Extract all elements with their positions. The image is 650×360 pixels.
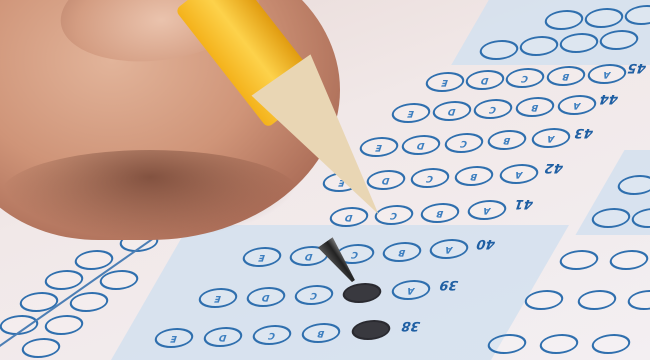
answer-bubble[interactable]: D [430,101,474,121]
answer-bubble[interactable]: B [485,130,529,150]
answer-bubble[interactable]: C [503,68,547,88]
answer-bubble[interactable] [19,338,63,358]
answer-bubble[interactable]: C [408,168,452,188]
answer-bubble[interactable]: A [585,64,629,84]
answer-bubble[interactable] [42,315,86,335]
answer-bubble[interactable] [17,292,61,312]
answer-bubble[interactable]: E [423,72,467,92]
photo-scene: 38 B C D E 39 A C D E 40 A B C D E 41 A … [0,0,650,360]
answer-bubble[interactable] [607,250,650,270]
answer-bubble[interactable] [537,334,581,354]
answer-bubble[interactable] [557,250,601,270]
answer-bubble[interactable]: A [497,164,541,184]
answer-bubble[interactable]: C [442,133,486,153]
answer-bubble[interactable] [42,270,86,290]
answer-bubble[interactable] [625,290,650,310]
answer-bubble[interactable] [575,290,619,310]
question-number: 41 [513,196,536,211]
answer-bubble[interactable]: D [463,70,507,90]
answer-bubble[interactable]: A [529,128,573,148]
answer-bubble[interactable]: B [513,97,557,117]
question-number: 42 [543,160,566,175]
hand-shadow [0,150,300,240]
answer-bubble[interactable]: B [544,66,588,86]
answer-bubble[interactable]: A [555,95,599,115]
answer-bubble[interactable]: B [418,203,462,223]
question-number: 44 [598,91,621,106]
answer-bubble[interactable] [589,334,633,354]
answer-bubble[interactable]: E [389,103,433,123]
answer-bubble[interactable]: C [471,99,515,119]
answer-bubble[interactable]: A [465,200,509,220]
answer-bubble[interactable]: D [399,135,443,155]
question-number: 43 [573,125,596,140]
answer-bubble[interactable]: B [452,166,496,186]
question-number: 45 [626,60,649,75]
